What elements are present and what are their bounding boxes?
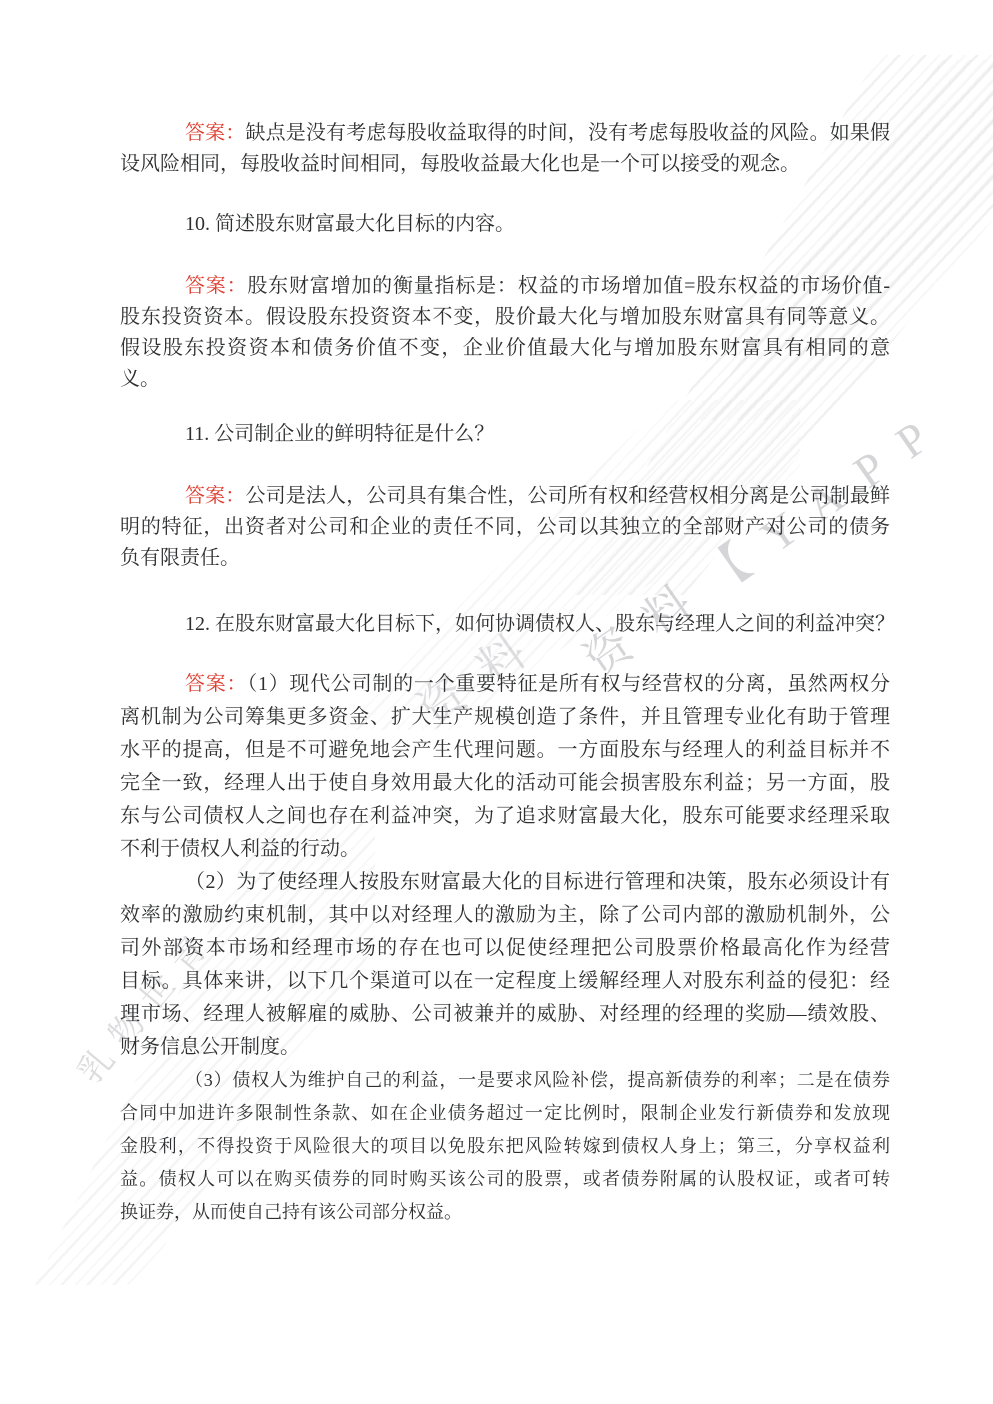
answer-line: 股东投资资本。假设股东投资资本不变，股价最大化与增加股东财富具有同等意义。 (120, 302, 890, 333)
answer-line: 答案：（1）现代公司制的一个重要特征是所有权与经营权的分离，虽然两权分 (120, 668, 890, 701)
answer-label: 答案： (185, 275, 247, 297)
answer-line: 目标。具体来讲，以下几个渠道可以在一定程度上缓解经理人对股东利益的侵犯：经 (120, 965, 890, 998)
answer-line: 设风险相同，每股收益时间相同，每股收益最大化也是一个可以接受的观念。 (120, 149, 890, 180)
question-line: 10. 简述股东财富最大化目标的内容。 (120, 209, 890, 240)
answer-line: 假设股东投资资本和债务价值不变，企业价值最大化与增加股东财富具有相同的意 (120, 333, 890, 364)
answer-line: 合同中加进许多限制性条款、如在企业债务超过一定比例时，限制企业发行新债券和发放现 (120, 1097, 890, 1130)
answer-line: 换证券，从而使自己持有该公司部分权益。 (120, 1196, 890, 1229)
answer-line: 离机制为公司筹集更多资金、扩大生产规模创造了条件，并且管理专业化有助于管理 (120, 701, 890, 734)
document-page: 资料【YAPP 资料 乳物世青 答案：缺点是没有考虑每股收益取得的时间，没有考虑… (0, 0, 993, 1404)
answer-line: 明的特征，出资者对公司和企业的责任不同，公司以其独立的全部财产对公司的债务 (120, 512, 890, 543)
answer-block-prev: 答案：缺点是没有考虑每股收益取得的时间，没有考虑每股收益的风险。如果假 设风险相… (120, 118, 890, 180)
text-layer: 答案：缺点是没有考虑每股收益取得的时间，没有考虑每股收益的风险。如果假 设风险相… (0, 0, 993, 1404)
answer-block-11: 答案：公司是法人，公司具有集合性，公司所有权和经营权相分离是公司制最鲜 明的特征… (120, 481, 890, 574)
answer-line: 负有限责任。 (120, 543, 890, 574)
answer-label: 答案： (185, 485, 245, 507)
answer-text: 股东财富增加的衡量指标是：权益的市场增加值=股东权益的市场价值- (247, 275, 890, 297)
answer-line: 答案：缺点是没有考虑每股收益取得的时间，没有考虑每股收益的风险。如果假 (120, 118, 890, 149)
answer-block-12: 答案：（1）现代公司制的一个重要特征是所有权与经营权的分离，虽然两权分 离机制为… (120, 668, 890, 1229)
answer-line: 理市场、经理人被解雇的威胁、公司被兼并的威胁、对经理的经理的奖励—绩效股、 (120, 998, 890, 1031)
answer-line: 答案：公司是法人，公司具有集合性，公司所有权和经营权相分离是公司制最鲜 (120, 481, 890, 512)
answer-line: 完全一致，经理人出于使自身效用最大化的活动可能会损害股东利益；另一方面，股 (120, 767, 890, 800)
answer-line: 水平的提高，但是不可避免地会产生代理问题。一方面股东与经理人的利益目标并不 (120, 734, 890, 767)
answer-line: 答案：股东财富增加的衡量指标是：权益的市场增加值=股东权益的市场价值- (120, 271, 890, 302)
answer-line: （2）为了使经理人按股东财富最大化的目标进行管理和决策，股东必须设计有 (120, 866, 890, 899)
answer-label: 答案： (185, 122, 245, 144)
question-11: 11. 公司制企业的鲜明特征是什么？ (120, 419, 890, 450)
answer-line: 金股利，不得投资于风险很大的项目以免股东把风险转嫁到债权人身上；第三，分享权益利 (120, 1130, 890, 1163)
answer-line: （3）债权人为维护自己的利益，一是要求风险补偿，提高新债券的利率；二是在债券 (120, 1064, 890, 1097)
answer-text: 缺点是没有考虑每股收益取得的时间，没有考虑每股收益的风险。如果假 (245, 122, 890, 144)
question-line: 12. 在股东财富最大化目标下，如何协调债权人、股东与经理人之间的利益冲突？ (120, 609, 890, 640)
answer-line: 益。债权人可以在购买债券的同时购买该公司的股票，或者债券附属的认股权证，或者可转 (120, 1163, 890, 1196)
answer-line: 东与公司债权人之间也存在利益冲突，为了追求财富最大化，股东可能要求经理采取 (120, 800, 890, 833)
answer-label: 答案： (185, 673, 247, 695)
answer-text: （1）现代公司制的一个重要特征是所有权与经营权的分离，虽然两权分 (247, 673, 890, 695)
answer-line: 财务信息公开制度。 (120, 1031, 890, 1064)
answer-text: 公司是法人，公司具有集合性，公司所有权和经营权相分离是公司制最鲜 (245, 485, 890, 507)
answer-line: 司外部资本市场和经理市场的存在也可以促使经理把公司股票价格最高化作为经营 (120, 932, 890, 965)
question-12: 12. 在股东财富最大化目标下，如何协调债权人、股东与经理人之间的利益冲突？ (120, 609, 890, 640)
answer-line: 效率的激励约束机制，其中以对经理人的激励为主，除了公司内部的激励机制外，公 (120, 899, 890, 932)
answer-line: 不利于债权人利益的行动。 (120, 833, 890, 866)
question-10: 10. 简述股东财富最大化目标的内容。 (120, 209, 890, 240)
answer-block-10: 答案：股东财富增加的衡量指标是：权益的市场增加值=股东权益的市场价值- 股东投资… (120, 271, 890, 395)
answer-line: 义。 (120, 364, 890, 395)
question-line: 11. 公司制企业的鲜明特征是什么？ (120, 419, 890, 450)
